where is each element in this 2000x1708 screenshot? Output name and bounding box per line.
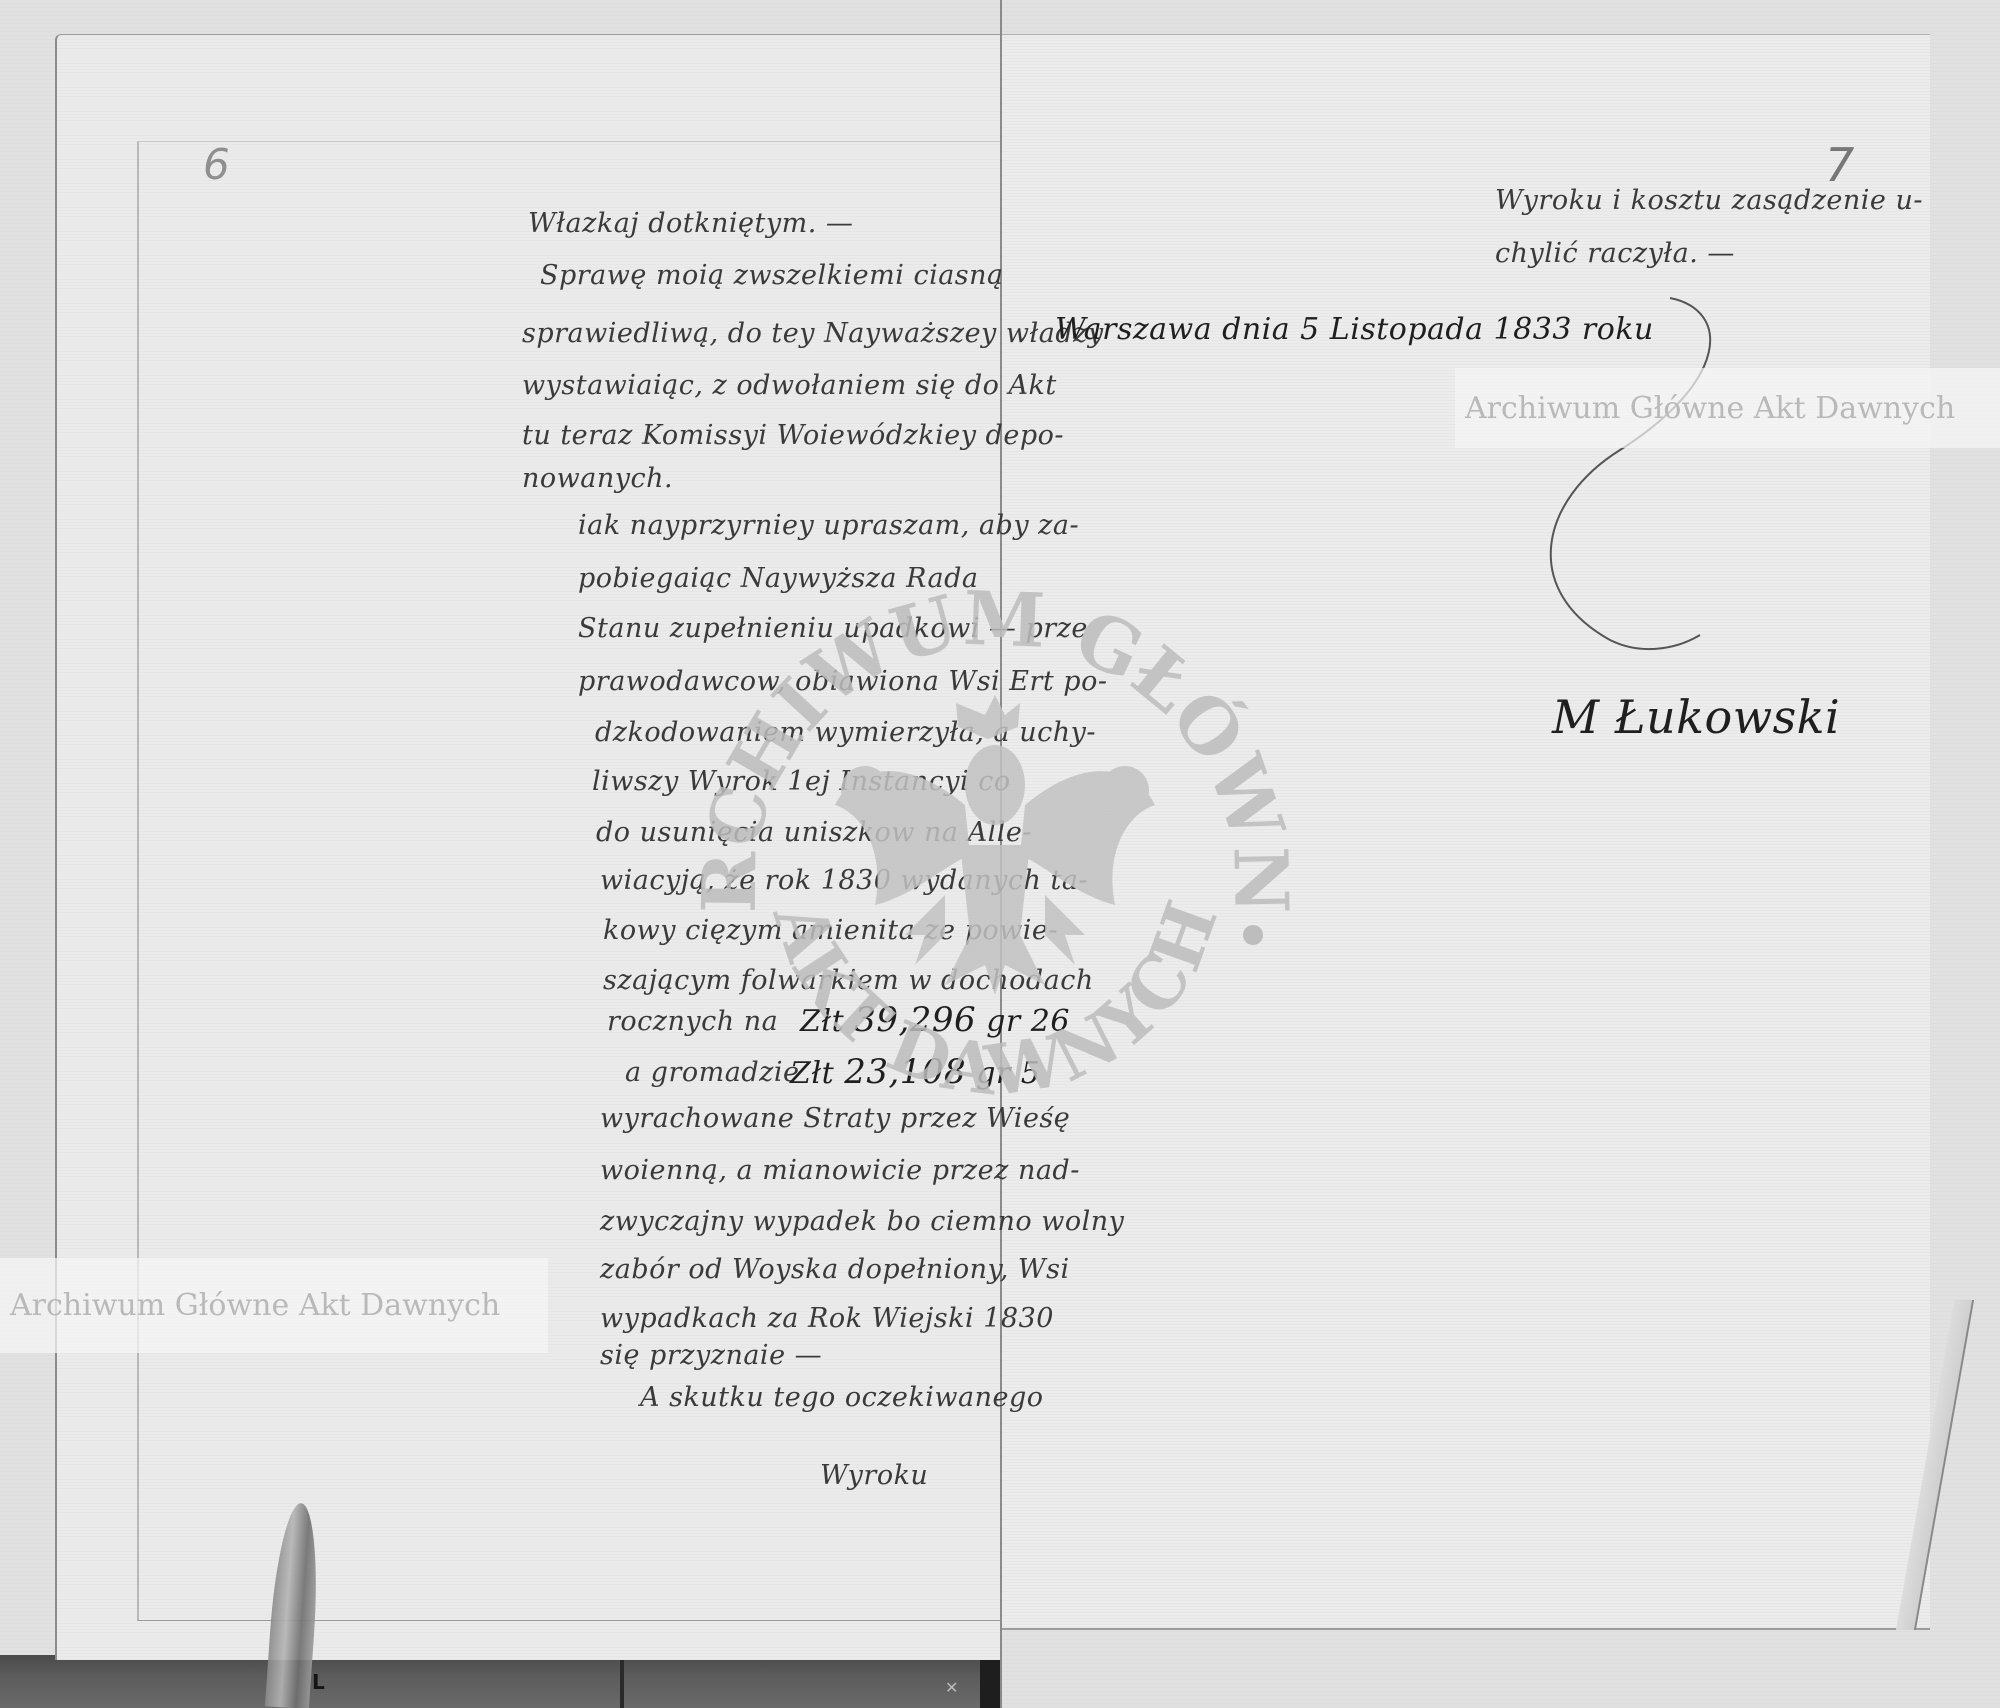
amount-value: 39,296 — [854, 1000, 976, 1040]
binding-edge — [620, 1658, 624, 1708]
text-line: Stanu zupełnieniu upadkowi — prze — [578, 613, 1088, 644]
binding-letter-mark: L — [312, 1670, 325, 1694]
text-line: wystawiaiąc, z odwołaniem się do Akt — [522, 370, 1057, 401]
text-line: a gromadzie — [625, 1057, 799, 1088]
text-line: kowy cięzym amienita ze powie- — [603, 915, 1058, 946]
left-page-number: 6 — [203, 140, 230, 189]
currency-label: Złt — [800, 1004, 844, 1039]
text-line: wyrachowane Straty przez Wieśę — [600, 1103, 1070, 1134]
amount-row-2: Złt 23,108 gr 5 — [790, 1052, 1040, 1092]
grosz-value: 26 — [1031, 1004, 1070, 1039]
text-line: Wyroku — [820, 1460, 928, 1491]
watermark-banner-left: Archiwum Główne Akt Dawnych — [0, 1258, 548, 1353]
grosz-label: gr — [976, 1056, 1011, 1091]
currency-label: Złt — [790, 1056, 834, 1091]
text-line: sprawiedliwą, do tey Nayważszey władzy — [522, 318, 1104, 349]
text-line: wiacyją, że rok 1830 wydanych ta- — [600, 865, 1088, 896]
text-line: chylić raczyła. — — [1495, 238, 1735, 269]
binding-edge-dark — [980, 1658, 1000, 1708]
binding-x-mark: ✕ — [945, 1678, 958, 1697]
text-line: dzkodowaniem wymierzyła, a uchy- — [595, 717, 1096, 748]
text-line: się przyznaie — — [600, 1340, 822, 1371]
right-page — [1000, 34, 1930, 1630]
text-line: do usunięcia uniszkow na Alle- — [596, 817, 1032, 848]
text-line: zabór od Woyska dopełniony, Wsi — [600, 1254, 1070, 1285]
text-line: iak nayprzyrniey upraszam, aby za- — [578, 510, 1079, 541]
text-line: rocznych na — [607, 1006, 778, 1037]
grosz-label: gr — [986, 1004, 1021, 1039]
text-line: tu teraz Komissyi Woiewódzkiey depo- — [522, 420, 1064, 451]
watermark-banner-right: Archiwum Główne Akt Dawnych — [1455, 368, 2000, 448]
amount-row-1: Złt 39,296 gr 26 — [800, 1000, 1070, 1040]
text-line: Sprawę moią zwszelkiemi ciasną — [540, 260, 1004, 291]
grosz-value: 5 — [1021, 1056, 1041, 1091]
text-line: A skutku tego oczekiwanego — [640, 1382, 1044, 1413]
binding-strip — [0, 1655, 1000, 1708]
signature: M Łukowski — [1552, 690, 1840, 744]
page-fold-line — [1000, 0, 1002, 1708]
text-line: pobiegaiąc Naywyższa Rada — [578, 563, 979, 594]
text-line: wypadkach za Rok Wiejski 1830 — [600, 1303, 1054, 1334]
signature-flourish-icon — [1500, 290, 1760, 660]
text-line: szającym folwarkiem w dochodach — [603, 965, 1094, 996]
right-page-number: 7 — [1825, 138, 1854, 192]
text-line: Wyroku i kosztu zasądzenie u- — [1495, 185, 1923, 216]
text-line: Włazkaj dotkniętym. — — [528, 208, 853, 239]
text-line: zwyczajny wypadek bo ciemno wolny — [600, 1206, 1124, 1237]
amount-value: 23,108 — [844, 1052, 966, 1092]
text-line: nowanych. — [522, 463, 673, 494]
text-line: prawodawcow, obiawiona Wsi Ert po- — [578, 666, 1107, 697]
text-line: liwszy Wyrok 1ej Instancyi co — [592, 766, 1011, 797]
text-line: woienną, a mianowicie przez nad- — [600, 1155, 1080, 1186]
